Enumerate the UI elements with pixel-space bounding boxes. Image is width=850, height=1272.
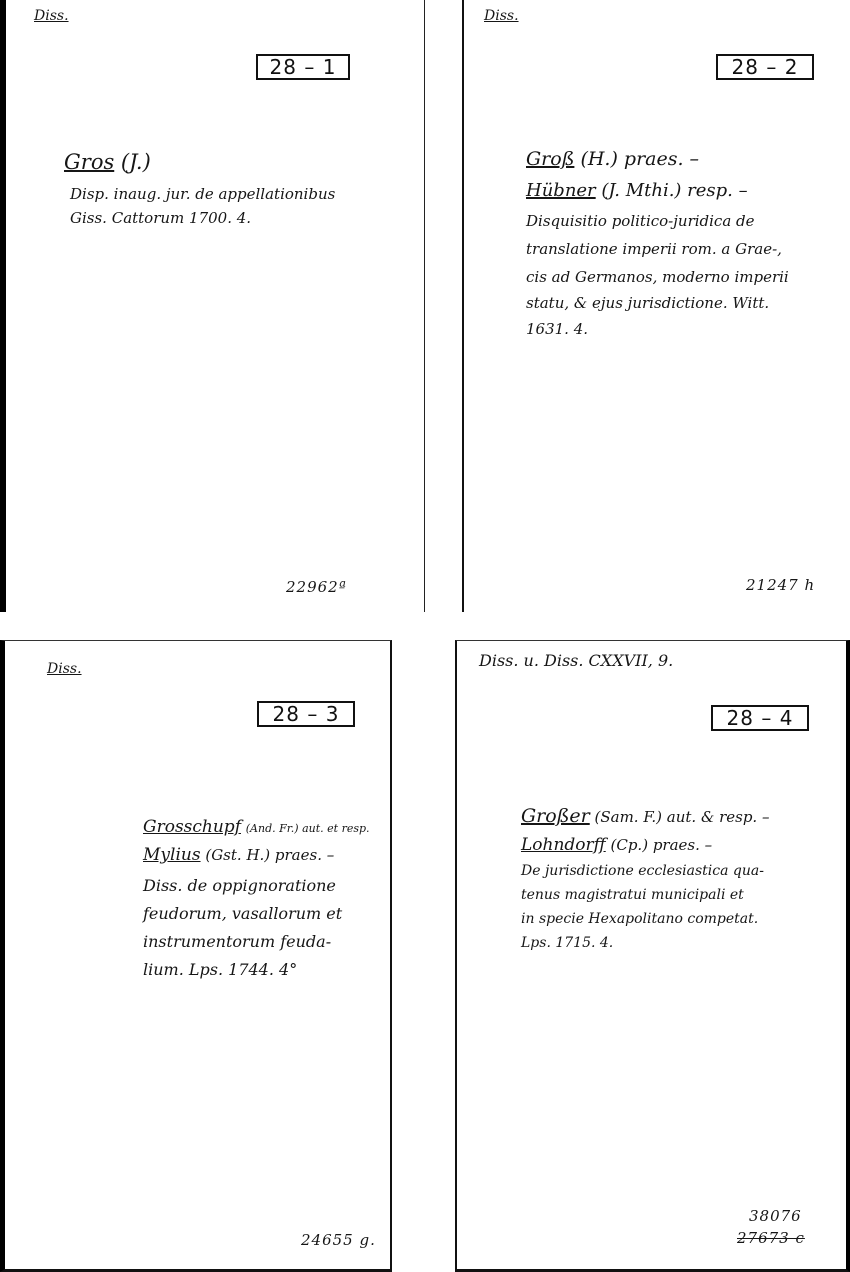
accession-number: 38076 <box>749 1207 802 1225</box>
title-line: tenus magistratui municipali et <box>521 883 744 907</box>
title-line: in specie Hexapolitano competat. <box>521 907 758 931</box>
call-number-label: 28 – 3 <box>257 701 355 727</box>
imprint-line: Lps. 1715. 4. <box>521 931 613 955</box>
imprint-line: lium. Lps. 1744. 4° <box>143 957 297 983</box>
title-line: Disquisitio politico-juridica de <box>526 208 755 234</box>
title-line: statu, & ejus jurisdictione. Witt. <box>526 290 769 316</box>
imprint-line: Giss. Cattorum 1700. 4. <box>70 206 251 230</box>
author-initials: (J.) <box>121 150 151 174</box>
accession-number: 21247 h <box>746 576 815 594</box>
catalog-card-28-1: Diss. 28 – 1 Gros (J.) Disp. inaug. jur.… <box>0 0 425 612</box>
praeses-name: Lohndorff <box>521 835 606 855</box>
call-number-label: 28 – 2 <box>716 54 814 80</box>
catalog-card-28-3: Diss. 28 – 3 Grosschupf (And. Fr.) aut. … <box>0 640 392 1272</box>
praeses-role: (H.) praes. – <box>580 148 699 170</box>
praeses-name: Groß <box>526 148 574 170</box>
shelf-mark: Diss. <box>484 8 519 24</box>
call-number-label: 28 – 4 <box>711 705 809 731</box>
title-line: translatione imperii rom. a Grae-, <box>526 236 782 262</box>
card-second-heading: Mylius (Gst. H.) praes. – <box>143 845 334 865</box>
shelf-mark: Diss. <box>47 661 82 677</box>
shelf-mark: Diss. <box>34 8 69 24</box>
author-name: Grosschupf <box>143 817 241 837</box>
title-line: instrumentorum feuda- <box>143 929 331 955</box>
card-second-heading: Lohndorff (Cp.) praes. – <box>521 835 712 855</box>
card-heading: Großer (Sam. F.) aut. & resp. – <box>521 805 769 827</box>
title-line: Disp. inaug. jur. de appellationibus <box>70 182 335 206</box>
call-number-label: 28 – 1 <box>256 54 350 80</box>
respondent-name: Hübner <box>526 180 596 201</box>
imprint-line: 1631. 4. <box>526 316 588 342</box>
title-line: Diss. de oppignoratione <box>143 873 336 899</box>
author-role: (And. Fr.) aut. et resp. <box>246 822 370 835</box>
author-name: Gros <box>64 150 114 174</box>
title-line: De jurisdictione ecclesiastica qua- <box>521 859 764 883</box>
respondent-role: (J. Mthi.) resp. – <box>601 180 747 201</box>
catalog-card-28-4: Diss. u. Diss. CXXVII, 9. 28 – 4 Großer … <box>455 640 850 1272</box>
title-line: feudorum, vasallorum et <box>143 901 342 927</box>
card-second-heading: Hübner (J. Mthi.) resp. – <box>526 180 748 201</box>
shelf-mark: Diss. u. Diss. CXXVII, 9. <box>479 651 673 670</box>
accession-number-struck: 27673 c <box>737 1229 805 1247</box>
card-heading: Groß (H.) praes. – <box>526 148 699 170</box>
author-role: (Sam. F.) aut. & resp. – <box>595 808 770 826</box>
card-heading: Grosschupf (And. Fr.) aut. et resp. <box>143 817 370 837</box>
praeses-name: Mylius <box>143 845 201 865</box>
card-heading: Gros (J.) <box>64 150 151 174</box>
author-name: Großer <box>521 805 590 827</box>
accession-number: 22962ª <box>286 578 347 596</box>
praeses-role: (Cp.) praes. – <box>611 836 713 854</box>
catalog-card-28-2: Diss. 28 – 2 Groß (H.) praes. – Hübner (… <box>462 0 850 612</box>
praeses-role: (Gst. H.) praes. – <box>205 846 334 864</box>
title-line: cis ad Germanos, moderno imperii <box>526 264 789 290</box>
accession-number: 24655 g. <box>301 1231 376 1249</box>
